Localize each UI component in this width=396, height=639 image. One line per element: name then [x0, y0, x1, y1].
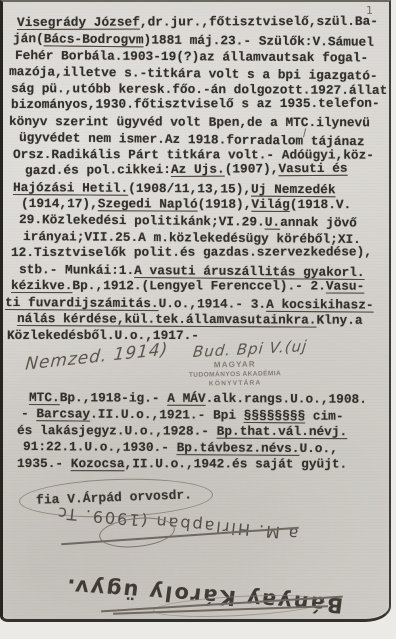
index-card: 1 Visegrády József,dr.jur.,főtisztviselő…: [0, 0, 391, 622]
typed-text: cim-: [305, 409, 344, 424]
underlined-text: Vasu-: [326, 279, 364, 294]
underlined-text: Bp.that.vál.névj.: [217, 424, 348, 439]
typed-text: (1918),: [198, 197, 252, 212]
typed-text: 29.Közlekedési politikánk;VI.29.: [19, 212, 265, 230]
underlined-text: Uj Nemzedék: [251, 181, 336, 197]
typed-line: és lakásjegyz.U.o.,1928.- Bp.that.vál.né…: [17, 423, 385, 441]
underlined-text: Visegrády József: [17, 15, 140, 30]
typed-line: 1935.- Kozocsa,II.U.o.,1942.és saját gyü…: [17, 456, 385, 473]
typed-line: (1914,17),Szegedi Napló(1918),Világ(1918…: [21, 196, 385, 214]
typed-text: U.o.,: [299, 441, 338, 456]
scanned-card-page: 1 Visegrády József,dr.jur.,főtisztviselő…: [0, 0, 396, 639]
typed-paragraph-main: Visegrády József,dr.jur.,főtisztviselő,s…: [3, 15, 385, 344]
typed-line: gazd.és pol.cikkei:Az Ujs.(1907),Vasuti …: [25, 161, 385, 180]
underlined-text: U.: [265, 215, 281, 230]
underlined-text: Kozocsa: [71, 456, 125, 471]
underlined-text: Világ: [251, 197, 289, 212]
typed-text: ,dr.jur.,főtisztviselő,szül.Ba-: [140, 14, 378, 30]
typed-text: Orsz.Radikális Párt titkára volt.- Adóüg…: [13, 147, 374, 163]
typed-text: annak jövő: [280, 215, 357, 231]
underlined-text: nálás kérdése,kül.tek.államvasutainkra.: [17, 311, 317, 328]
typed-text: Klny.a: [316, 313, 362, 328]
typed-text: Bp.,1918-ig.-: [60, 390, 168, 406]
typed-text: és lakásjegyz.U.o.,1928.-: [17, 423, 217, 439]
underlined-text: A vasuti áruszállitás gyakorl.: [134, 263, 365, 280]
typed-line: Visegrády József,dr.jur.,főtisztviselő,s…: [17, 14, 385, 32]
typed-text: (1907),: [225, 161, 279, 176]
typed-text: 12.Tisztviselők polit.és gazdas.szervezk…: [11, 245, 372, 261]
stamp-line-1: MAGYAR: [171, 359, 299, 370]
typed-line: könyv szerint ügyvéd volt Bpen,de a MTC.…: [9, 114, 385, 132]
stamp-line-3: KÖNYVTÁRA: [171, 379, 299, 388]
typed-line: 12.Tisztviselők polit.és gazdas.szervezk…: [11, 245, 385, 262]
typed-line: Közlekedésből.U.o.,1917.-: [7, 328, 385, 344]
underlined-text: Bács-Bodrogvm: [44, 32, 144, 48]
pencil-note-continuation: Nemzed. 1914): [25, 339, 170, 374]
underlined-text: Vasuti és: [278, 161, 347, 176]
stamp-line-2: TUDOMÁNYOS AKADÉMIA: [171, 370, 299, 379]
underlined-text: ti fuvardijszámitás.: [5, 295, 159, 311]
underlined-text: Az Ujs.: [171, 162, 225, 177]
typed-text: )1881 máj.23.- Szülők:V.Sámuel: [143, 33, 374, 50]
typed-text: stb.- Munkái:1.: [19, 262, 134, 278]
underlined-text: Bp.távbesz.névs.: [177, 440, 300, 456]
typed-paragraph-references: MTC.Bp.,1918-ig.- A MÁV.alk.rangs.U.o.,1…: [3, 390, 385, 472]
typed-text: .II.U.o.,1921.- Bpi: [90, 407, 244, 423]
underlined-text: Hajózási Hetil.: [13, 180, 128, 196]
typed-line: bizományos,1930.főtisztviselő s az 1935.…: [11, 96, 385, 114]
underlined-text: A MÁV: [167, 391, 205, 406]
typed-text: gazd.és pol.cikkei:: [25, 162, 171, 178]
typed-text: könyv szerint ügyvéd volt Bpen,de a MTC.…: [9, 114, 370, 130]
underlined-text: kézikve.: [11, 278, 72, 293]
typed-text: (1908/11,13,15),: [128, 180, 251, 196]
typed-text: (1918.V.: [290, 197, 351, 212]
typed-text: Bp.,1912.(Lengyel Ferenccel).- 2.: [72, 278, 325, 293]
underlined-text: Barcsay: [36, 407, 90, 422]
typed-text: U.o.,1914.- 3.: [159, 296, 267, 312]
typed-text: ján(: [13, 31, 44, 46]
underlined-text: §§§§§§§§: [244, 408, 306, 424]
underlined-text: A kocsikihasz-: [266, 297, 374, 313]
typed-line: nálás kérdése,kül.tek.államvasutainkra.K…: [17, 311, 385, 329]
typed-text: Fehér Borbála.1903-19(?)az államvautsak …: [15, 48, 368, 65]
typed-line: kézikve.Bp.,1912.(Lengyel Ferenccel).- 2…: [11, 278, 385, 295]
typed-text: 1935.-: [17, 456, 71, 471]
library-stamp: MAGYAR TUDOMÁNYOS AKADÉMIA KÖNYVTÁRA: [171, 359, 299, 388]
typed-text: .alk.rangs.U.o.,1908.: [206, 391, 367, 407]
typed-text: -: [21, 406, 36, 421]
underlined-text: Szegedi Napló: [98, 196, 198, 211]
typed-text: 91:22.1.U.o.,1930.-: [23, 439, 177, 455]
typed-text: ,II.U.o.,1942.és saját gyüjt.: [125, 456, 348, 471]
typed-text: (1914,17),: [21, 196, 98, 211]
typed-text: Közlekedésből.U.o.,1917.-: [7, 328, 207, 343]
typed-text: bizományos,1930.főtisztviselő s az 1935.…: [11, 96, 380, 112]
underlined-text: MTC.: [29, 390, 60, 405]
